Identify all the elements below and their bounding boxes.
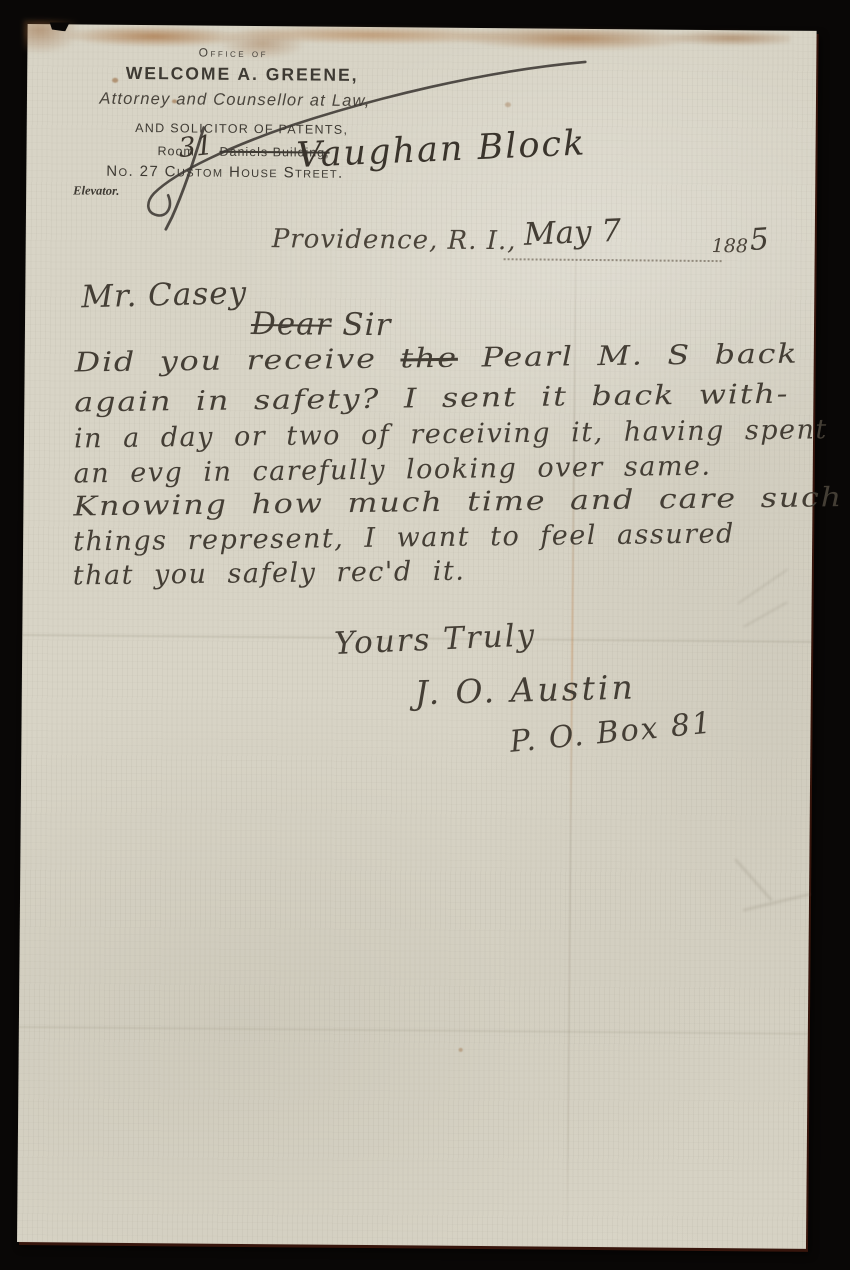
salutation-struck-word: Dear xyxy=(251,306,332,343)
letterhead-office-of: Office of xyxy=(173,45,293,60)
letter-line-4: an evg in carefully looking over same. xyxy=(74,451,712,490)
letter-line-3: in a day or two of receiving it, having … xyxy=(74,414,828,454)
horizontal-fold-crease xyxy=(19,1026,808,1035)
letter-paper: Office of WELCOME A. GREENE, Attorney an… xyxy=(17,24,817,1249)
dateline-year-printed: 188 xyxy=(712,235,748,257)
letter-line-6: things represent, I want to feel assured xyxy=(73,518,735,557)
dateline-year-digit: 5 xyxy=(749,222,770,258)
letter-line-1: Did you receive the Pearl M. S back xyxy=(74,339,798,379)
dateline-date: May 7 xyxy=(523,213,622,253)
dateline-place: Providence, R. I., xyxy=(272,224,517,256)
salutation-rest: Sir xyxy=(331,307,391,344)
salutation: Dear Sir xyxy=(251,306,392,343)
po-box: P. O. Box 81 xyxy=(508,705,714,759)
handwritten-room-number: 31 xyxy=(177,130,214,164)
letter-line-2: again in safety? I sent it back with- xyxy=(74,379,789,419)
embossed-chevron-mark xyxy=(720,848,811,929)
letterhead-elevator: Elevator. xyxy=(73,183,119,198)
signature: J. O. Austin xyxy=(414,668,636,713)
stain-spot xyxy=(459,1048,463,1052)
stain-spot xyxy=(505,102,511,107)
photo-background: Office of WELCOME A. GREENE, Attorney an… xyxy=(0,0,850,1270)
embossed-mark xyxy=(722,565,803,656)
letter-line-5: Knowing how much time and care such xyxy=(73,482,843,522)
letter-line-7: that you safely rec'd it. xyxy=(73,556,466,592)
closing: Yours Truly xyxy=(334,617,537,662)
letterhead-profession: Attorney and Counsellor at Law, xyxy=(75,89,395,111)
recipient-name: Mr. Casey xyxy=(81,275,248,315)
letterhead-name: WELCOME A. GREENE, xyxy=(109,63,375,86)
